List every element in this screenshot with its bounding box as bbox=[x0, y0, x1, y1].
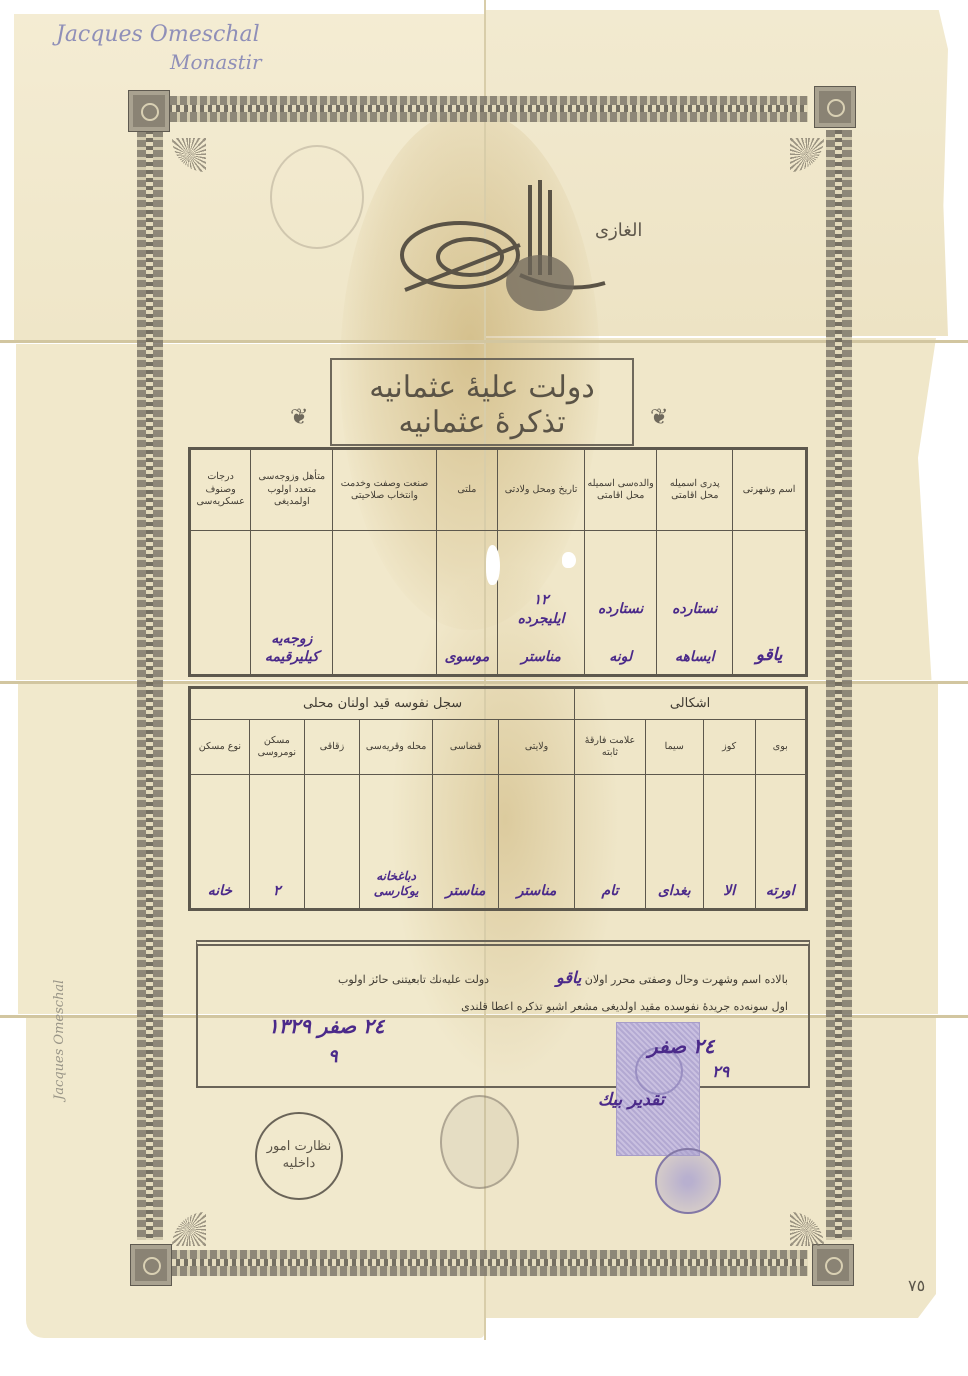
page-number: ٧٥ bbox=[908, 1276, 925, 1295]
cell-military bbox=[190, 531, 251, 676]
cell-quarter: دباغخانه یوکارسی bbox=[359, 775, 432, 910]
cell-province: مناستر bbox=[498, 775, 574, 910]
header-mother: والده‌سی اسمیله محل اقامتی bbox=[584, 449, 656, 531]
scroll-ornament: ❦ bbox=[650, 405, 668, 430]
header-street: زقاقی bbox=[304, 720, 359, 775]
header-height: بوی bbox=[755, 720, 806, 775]
stamp-signature-ink: تقدیر بیك bbox=[598, 1090, 664, 1110]
declaration-holder-name: یاقو bbox=[556, 968, 581, 987]
declaration-date-ink: ٢٤ صفر ١٣٢٩ bbox=[268, 1014, 385, 1038]
cell-distinguishing-marks: تام bbox=[575, 775, 646, 910]
header-military: درجات وصنوف عسکریه‌سی bbox=[190, 449, 251, 531]
group-header-appearance: اشکالی bbox=[575, 688, 807, 720]
document-title: دولت علیهٔ عثمانیه تذکرهٔ عثمانیه bbox=[332, 370, 632, 440]
corner-ornament bbox=[128, 90, 170, 132]
cell-eyes: الا bbox=[703, 775, 755, 910]
header-quarter: محله وقریه‌سی bbox=[359, 720, 432, 775]
cell-district: مناستر bbox=[433, 775, 499, 910]
corner-ornament bbox=[812, 1244, 854, 1286]
header-province: ولایتی bbox=[498, 720, 574, 775]
pencil-note-margin: Jacques Omeschal bbox=[52, 980, 67, 1100]
cell-profession bbox=[333, 531, 436, 676]
cell-house-number: ٢ bbox=[249, 775, 304, 910]
purple-seal-impression bbox=[655, 1148, 721, 1214]
declaration-line-2: اول سونه‌ده جریدهٔ نفوسده مقید اولدیغی م… bbox=[218, 1000, 788, 1013]
cell-height: اورته bbox=[755, 775, 806, 910]
group-header-registry: سجل نفوسه قید اولنان محلی bbox=[190, 688, 575, 720]
scroll-ornament: ❦ bbox=[290, 405, 308, 430]
cell-mother: نستارده لونه bbox=[584, 531, 656, 676]
document-title-box: دولت علیهٔ عثمانیه تذکرهٔ عثمانیه bbox=[330, 358, 634, 446]
header-complexion: سیما bbox=[645, 720, 703, 775]
cell-house-type: خانه bbox=[190, 775, 250, 910]
header-eyes: کوز bbox=[703, 720, 755, 775]
cell-street bbox=[304, 775, 359, 910]
header-birth: تاریخ ومحل ولادتی bbox=[498, 449, 585, 531]
header-house-type: نوع مسکن bbox=[190, 720, 250, 775]
stamp-year-ink: ٢٩ bbox=[712, 1062, 729, 1081]
ministry-of-interior-seal: نظارت امور داخلیه bbox=[255, 1112, 343, 1200]
header-marital: متأهل وزوجه‌سی متعدد اولوب اولمدیغی bbox=[251, 449, 333, 531]
header-father: پدری اسمیله محل اقامتی bbox=[657, 449, 733, 531]
tughra-caption: الغازی bbox=[595, 220, 642, 241]
cell-complexion: بغدای bbox=[645, 775, 703, 910]
declaration-day-ink: ٩ bbox=[328, 1046, 338, 1067]
pencil-note-name: Jacques Omeschal bbox=[56, 22, 260, 47]
corner-ornament bbox=[130, 1244, 172, 1286]
cell-name: یاقو bbox=[733, 531, 807, 676]
faded-seal-impression bbox=[270, 145, 364, 249]
faded-seal-impression bbox=[440, 1095, 519, 1189]
stamp-date-ink: ٢٤ صفر bbox=[648, 1034, 715, 1058]
header-name: اسم وشهرتی bbox=[733, 449, 807, 531]
header-house-number: مسکن نومروسی bbox=[249, 720, 304, 775]
cell-marital: زوجه‌یه کیلیرقیمه bbox=[251, 531, 333, 676]
header-profession: صنعت وصفت وخدمت وانتخاب صلاحیتی bbox=[333, 449, 436, 531]
paper-hole bbox=[486, 545, 500, 585]
paper-hole bbox=[562, 552, 576, 568]
header-district: قضاسی bbox=[433, 720, 499, 775]
corner-ornament bbox=[814, 86, 856, 128]
header-nationality: ملتی bbox=[436, 449, 498, 531]
cell-father: نستارده ایساهه bbox=[657, 531, 733, 676]
header-distinguishing-marks: علامت فارقهٔ ثابته bbox=[575, 720, 646, 775]
tughra-emblem bbox=[390, 165, 610, 315]
pencil-note-city: Monastir bbox=[170, 50, 262, 74]
registry-table: اشکالی سجل نفوسه قید اولنان محلی بوی کوز… bbox=[188, 686, 808, 911]
declaration-line-1: بالاده اسم وشهرت وحال وصفتی محرر اولان ی… bbox=[218, 968, 788, 987]
